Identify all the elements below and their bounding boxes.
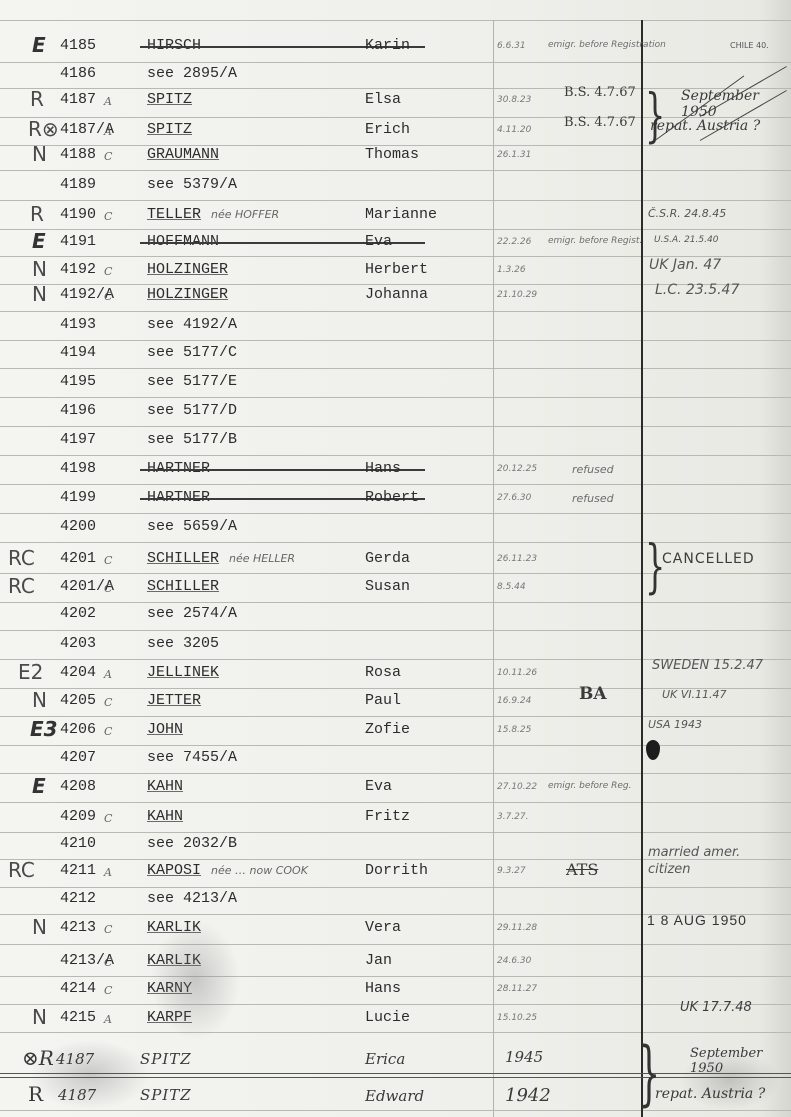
register-number: 4194	[60, 344, 96, 361]
ledger-row: 4193see 4192/A	[0, 316, 791, 342]
register-number: 4189	[60, 176, 96, 193]
footer-firstname: Erica	[365, 1050, 405, 1068]
register-number: 4205	[60, 692, 96, 709]
category-letter: C	[104, 696, 112, 709]
ledger-row: N4215AKARPFLucie15.10.25UK 17.7.48	[0, 1009, 791, 1035]
first-name: Eva	[365, 778, 392, 795]
note: emigr. before Reg.	[548, 781, 632, 791]
remark: UK Jan. 47	[649, 257, 721, 273]
status-mark: E3	[30, 719, 58, 739]
footer-remark-line2: repat. Austria ?	[655, 1086, 765, 1102]
ledger-row: 4198HARTNERHans20.12.25refused	[0, 460, 791, 486]
ledger-row: E24204AJELLINEKRosa10.11.26SWEDEN 15.2.4…	[0, 664, 791, 690]
surname: TELLER	[147, 206, 201, 223]
first-name: Fritz	[365, 808, 410, 825]
footer-surname: SPITZ	[140, 1050, 192, 1068]
category-letter: A	[104, 1013, 112, 1026]
note: B.S. 4.7.67	[564, 85, 636, 100]
category-letter: C	[104, 984, 112, 997]
footer-surname: SPITZ	[140, 1086, 192, 1104]
ledger-row: 4195see 5177/E	[0, 373, 791, 399]
smudge	[150, 920, 240, 1040]
cross-reference: see 5379/A	[147, 176, 237, 193]
status-mark: RC	[8, 576, 35, 596]
register-number: 4206	[60, 721, 96, 738]
ledger-row: E34206CJOHNZofie15.8.25USA 1943	[0, 721, 791, 747]
cross-reference: see 4192/A	[147, 316, 237, 333]
ledger-row: E4208KAHNEva27.10.22emigr. before Reg.	[0, 778, 791, 804]
surname: SPITZ	[147, 91, 192, 108]
category-letter: C	[104, 150, 112, 163]
register-number: 4209	[60, 808, 96, 825]
cross-reference: see 5177/D	[147, 402, 237, 419]
ledger-row: 4199HARTNERRobert27.6.30refused	[0, 489, 791, 515]
register-number: 4202	[60, 605, 96, 622]
remark: CHILE 40.	[730, 41, 769, 50]
footer-mark: ⊗R	[22, 1046, 54, 1070]
status-mark: RC	[8, 548, 35, 568]
remark: UK 17.7.48	[680, 1000, 752, 1015]
first-name: Gerda	[365, 550, 410, 567]
date-of-birth: 6.6.31	[497, 41, 526, 51]
ledger-row: 4186see 2895/A	[0, 65, 791, 91]
date-of-birth: 29.11.28	[497, 923, 537, 933]
first-name: Marianne	[365, 206, 437, 223]
date-of-birth: 27.6.30	[497, 493, 531, 503]
cross-reference: see 2895/A	[147, 65, 237, 82]
date-of-birth: 24.6.30	[497, 956, 531, 966]
ledger-row: N4192/ACHOLZINGERJohanna21.10.29L.C. 23.…	[0, 286, 791, 312]
first-name: Erich	[365, 121, 410, 138]
date-stamp: 1 8 AUG 1950	[647, 912, 747, 928]
first-name: Thomas	[365, 146, 419, 163]
date-of-birth: 27.10.22	[497, 782, 537, 792]
status-mark: E	[32, 35, 46, 55]
date-of-birth: 28.11.27	[497, 984, 537, 994]
cross-reference: see 2032/B	[147, 835, 237, 852]
date-of-birth: 1.3.26	[497, 265, 526, 275]
cross-reference: see 5177/B	[147, 431, 237, 448]
ledger-row: R4190CTELLERnée HOFFERMarianneČ.S.R. 24.…	[0, 206, 791, 232]
status-mark: N	[32, 917, 47, 937]
ledger-row: RC4211AKAPOSInée … now COOKDorrith9.3.27…	[0, 862, 791, 888]
surname: SCHILLER	[147, 578, 219, 595]
note: ATS	[566, 860, 598, 879]
cross-reference: see 3205	[147, 635, 219, 652]
note: B.S. 4.7.67	[564, 115, 636, 130]
ledger-row: N4205CJETTERPaul16.9.24BAUK VI.11.47	[0, 692, 791, 718]
cross-reference: see 5177/C	[147, 344, 237, 361]
first-name: Zofie	[365, 721, 410, 738]
category-letter: C	[104, 956, 112, 969]
status-mark: N	[32, 144, 47, 164]
footer-number: 4187	[56, 1050, 94, 1068]
category-letter: A	[104, 668, 112, 681]
first-name: Elsa	[365, 91, 401, 108]
category-letter: C	[104, 923, 112, 936]
ledger-row: 4202see 2574/A	[0, 605, 791, 631]
register-number: 4207	[60, 749, 96, 766]
status-mark: N	[32, 1007, 47, 1027]
ledger-row: RC4201/ACSCHILLERSusan8.5.44	[0, 578, 791, 604]
date-of-birth: 22.2.26	[497, 237, 531, 247]
surname: JETTER	[147, 692, 201, 709]
status-mark: N	[32, 690, 47, 710]
ledger-row: 4207see 7455/A	[0, 749, 791, 775]
note: refused	[572, 463, 614, 476]
register-number: 4193	[60, 316, 96, 333]
ledger-row: 4196see 5177/D	[0, 402, 791, 428]
register-number: 4191	[60, 233, 96, 250]
status-mark: R	[30, 204, 44, 224]
remark: UK VI.11.47	[662, 688, 727, 701]
remark: married amer. citizen	[648, 844, 778, 878]
date-of-birth: 21.10.29	[497, 290, 537, 300]
surname: KAPOSI	[147, 862, 201, 879]
category-letter: A	[104, 125, 112, 138]
date-of-birth: 20.12.25	[497, 464, 537, 474]
ledger-row: E4185HIRSCHKarin6.6.31emigr. before Regi…	[0, 37, 791, 63]
register-number: 4192	[60, 261, 96, 278]
ledger-row: 4200see 5659/A	[0, 518, 791, 544]
double-rule	[0, 1077, 791, 1078]
register-number: 4198	[60, 460, 96, 477]
register-number: 4210	[60, 835, 96, 852]
first-name: Vera	[365, 919, 401, 936]
register-number: 4187	[60, 91, 96, 108]
category-letter: C	[104, 582, 112, 595]
register-number: 4186	[60, 65, 96, 82]
register-number: 4213	[60, 919, 96, 936]
register-number: 4200	[60, 518, 96, 535]
date-of-birth: 15.8.25	[497, 725, 531, 735]
date-of-birth: 26.11.23	[497, 554, 537, 564]
maiden-name-note: née HOFFER	[211, 208, 279, 221]
first-name: Herbert	[365, 261, 428, 278]
double-rule	[0, 1073, 791, 1074]
register-number: 4208	[60, 778, 96, 795]
register-number: 4188	[60, 146, 96, 163]
category-letter: A	[104, 866, 112, 879]
register-number: 4190	[60, 206, 96, 223]
category-letter: C	[104, 210, 112, 223]
status-mark: E	[32, 776, 46, 796]
first-name: Jan	[365, 952, 392, 969]
first-name: Dorrith	[365, 862, 428, 879]
ledger-row: 4214CKARNYHans28.11.27	[0, 980, 791, 1006]
cross-reference: see 2574/A	[147, 605, 237, 622]
date-of-birth: 3.7.27.	[497, 812, 529, 822]
surname: JELLINEK	[147, 664, 219, 681]
ledger-row: N4188CGRAUMANNThomas26.1.31	[0, 146, 791, 172]
first-name: Eva	[365, 233, 392, 250]
date-of-birth: 9.3.27	[497, 866, 526, 876]
category-letter: C	[104, 554, 112, 567]
status-mark: R⊗	[28, 119, 59, 139]
status-mark: E2	[18, 662, 43, 682]
footer-number: 4187	[58, 1086, 96, 1104]
ledger-page: E4185HIRSCHKarin6.6.31emigr. before Regi…	[0, 0, 791, 1117]
first-name: Karin	[365, 37, 410, 54]
note: emigr. before Registration	[548, 40, 666, 50]
footer-remark-line1: September 1950	[690, 1046, 791, 1076]
surname: SPITZ	[147, 121, 192, 138]
category-letter: C	[104, 265, 112, 278]
remark: Č.S.R. 24.8.45	[648, 207, 726, 220]
register-number: 4196	[60, 402, 96, 419]
first-name: Lucie	[365, 1009, 410, 1026]
category-letter: A	[104, 95, 112, 108]
first-name: Rosa	[365, 664, 401, 681]
footer-year: 1942	[505, 1085, 551, 1106]
remark: U.S.A. 21.5.40	[654, 235, 718, 245]
cancelled-remark: CANCELLED	[662, 551, 755, 567]
date-of-birth: 15.10.25	[497, 1013, 537, 1023]
cross-reference: see 7455/A	[147, 749, 237, 766]
footer-mark: R	[28, 1082, 43, 1106]
register-number: 4201	[60, 550, 96, 567]
ledger-row: 4209CKAHNFritz3.7.27.	[0, 808, 791, 834]
ledger-row: 4189see 5379/A	[0, 176, 791, 202]
date-of-birth: 8.5.44	[497, 582, 526, 592]
note: BA	[579, 684, 607, 704]
surname: HOLZINGER	[147, 286, 228, 303]
register-number: 4215	[60, 1009, 96, 1026]
ruled-line	[0, 20, 791, 21]
date-of-birth: 26.1.31	[497, 150, 531, 160]
remark: L.C. 23.5.47	[655, 282, 739, 298]
note: emigr. before Regist.	[548, 236, 642, 246]
surname: JOHN	[147, 721, 183, 738]
ledger-row: R4187ASPITZElsa30.8.23B.S. 4.7.67	[0, 91, 791, 117]
register-number: 4204	[60, 664, 96, 681]
status-mark: RC	[8, 860, 35, 880]
footer-firstname: Edward	[365, 1087, 424, 1105]
date-of-birth: 30.8.23	[497, 95, 531, 105]
cross-reference: see 4213/A	[147, 890, 237, 907]
status-mark: N	[32, 284, 47, 304]
register-number: 4203	[60, 635, 96, 652]
register-number: 4212	[60, 890, 96, 907]
surname: KAHN	[147, 808, 183, 825]
surname: HOLZINGER	[147, 261, 228, 278]
first-name: Hans	[365, 980, 401, 997]
note: refused	[572, 492, 614, 505]
register-number: 4214	[60, 980, 96, 997]
surname: SCHILLER	[147, 550, 219, 567]
status-mark: E	[32, 231, 46, 251]
ledger-row: 4213/ACKARLIKJan24.6.30	[0, 952, 791, 978]
surname: KAHN	[147, 778, 183, 795]
remark: USA 1943	[648, 718, 702, 731]
cross-reference: see 5177/E	[147, 373, 237, 390]
date-of-birth: 4.11.20	[497, 125, 531, 135]
status-mark: R	[30, 89, 44, 109]
ledger-row: N4213CKARLIKVera29.11.281 8 AUG 1950	[0, 919, 791, 945]
category-letter: C	[104, 725, 112, 738]
footer-year: 1945	[505, 1048, 543, 1066]
ledger-row: 4197see 5177/B	[0, 431, 791, 457]
category-letter: C	[104, 812, 112, 825]
date-of-birth: 16.9.24	[497, 696, 531, 706]
maiden-name-note: née HELLER	[229, 552, 295, 565]
spitz-remark-line1: September 1950	[681, 88, 791, 120]
maiden-name-note: née … now COOK	[211, 864, 308, 877]
first-name: Robert	[365, 489, 419, 506]
ledger-row: 4194see 5177/C	[0, 344, 791, 370]
status-mark: N	[32, 259, 47, 279]
first-name: Susan	[365, 578, 410, 595]
ruled-line	[0, 1110, 791, 1111]
cross-reference: see 5659/A	[147, 518, 237, 535]
category-letter: C	[104, 290, 112, 303]
register-number: 4211	[60, 862, 96, 879]
register-number: 4195	[60, 373, 96, 390]
surname: GRAUMANN	[147, 146, 219, 163]
remark: SWEDEN 15.2.47	[652, 658, 763, 673]
register-number: 4185	[60, 37, 96, 54]
first-name: Johanna	[365, 286, 428, 303]
register-number: 4199	[60, 489, 96, 506]
date-of-birth: 10.11.26	[497, 668, 537, 678]
first-name: Hans	[365, 460, 401, 477]
register-number: 4197	[60, 431, 96, 448]
first-name: Paul	[365, 692, 401, 709]
ledger-row: E4191HOFFMANNEva22.2.26emigr. before Reg…	[0, 233, 791, 259]
